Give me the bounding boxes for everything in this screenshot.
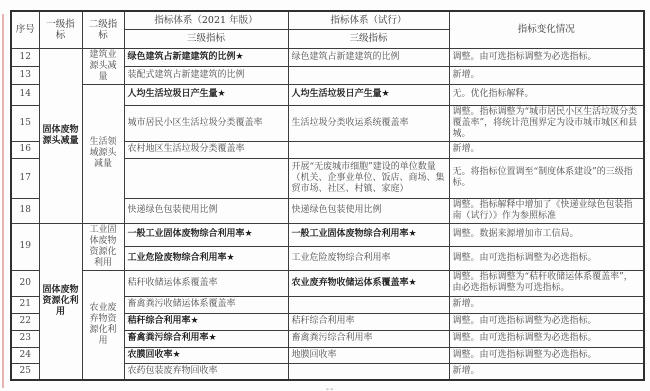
cell-indicator-2021: 装配式建筑占新建建筑的比例 <box>124 66 288 84</box>
cell-indicator-trial: 工业危险废物综合利用率 <box>288 247 449 271</box>
cell-row-number: 21 <box>11 296 39 313</box>
table-row: 14 生活领域源头减量 人均生活垃圾日产生量★ 人均生活垃圾日产生量★ 无。优化… <box>11 84 644 105</box>
cell-change: 无。优化指标解释。 <box>449 84 644 105</box>
cell-change: 调整。由可选指标调整为必选指标。 <box>449 313 644 330</box>
cell-row-number: 12 <box>11 48 39 66</box>
cell-indicator-trial <box>288 66 449 84</box>
cell-row-number: 14 <box>11 84 39 105</box>
cell-indicator-trial <box>288 296 449 313</box>
cell-change: 调整。指标调整为“秸秆收储运体系覆盖率”，由必选指标调整为可选指标。 <box>449 270 644 296</box>
cell-change: 新增。 <box>449 296 644 313</box>
red-margin-line <box>2 14 4 388</box>
cell-row-number: 19 <box>11 223 39 270</box>
cell-level2-group: 农业废弃物资源化利用 <box>82 270 124 380</box>
cell-indicator-2021: 畜禽粪污收储运体系覆盖率 <box>124 296 288 313</box>
cell-indicator-trial: 秸秆综合利用率 <box>288 313 449 330</box>
header-no: 序号 <box>11 11 39 48</box>
cell-indicator-trial <box>288 363 449 380</box>
cell-indicator-trial: 人均生活垃圾日产生量★ <box>288 84 449 105</box>
cell-indicator-2021: 一般工业固体废物综合利用率★ <box>124 223 288 247</box>
cell-indicator-trial: 绿色建筑占新建建筑的比例 <box>288 48 449 66</box>
cell-change: 调整。指标调整为“城市居民小区生活垃圾分类覆盖率”，将统计范围界定为设市城市城区… <box>449 105 644 141</box>
header-level3-trial: 三级指标 <box>288 29 449 48</box>
cell-row-number: 25 <box>11 363 39 380</box>
cell-level2-group: 建筑业源头减量 <box>82 48 124 84</box>
cell-indicator-trial: 快递绿色包装使用比例 <box>288 198 449 223</box>
cell-change: 无。将指标位置调至“制度体系建设”的三级指标。 <box>449 158 644 198</box>
page-number-artifact: -- <box>315 385 345 391</box>
cell-change: 调整。由可选指标调整为必选指标。 <box>449 247 644 271</box>
cell-row-number: 18 <box>11 198 39 223</box>
cell-indicator-2021: 绿色建筑占新建建筑的比例★ <box>124 48 288 66</box>
indicator-comparison-table: 序号 一级指标 二级指标 指标体系（2021 年版） 指标体系（试行） 指标变化… <box>10 10 645 381</box>
cell-indicator-2021: 秸秆综合利用率★ <box>124 313 288 330</box>
cell-indicator-2021: 人均生活垃圾日产生量★ <box>124 84 288 105</box>
cell-row-number: 15 <box>11 105 39 141</box>
cell-indicator-trial: 开展“无废城市细胞”建设的单位数量（机关、企事业单位、饭店、商场、集贸市场、社区… <box>288 158 449 198</box>
cell-indicator-2021: 农药包装废弃物回收率 <box>124 363 288 380</box>
header-row-1: 序号 一级指标 二级指标 指标体系（2021 年版） 指标体系（试行） 指标变化… <box>11 11 644 29</box>
cell-indicator-2021: 秸秆收储运体系覆盖率 <box>124 270 288 296</box>
cell-indicator-trial: 地膜回收率 <box>288 347 449 363</box>
cell-indicator-trial <box>288 141 449 158</box>
cell-row-number: 16 <box>11 141 39 158</box>
cell-row-number: 17 <box>11 158 39 198</box>
cell-level1-group: 固体废物资源化利用 <box>39 223 82 380</box>
cell-change: 新增。 <box>449 66 644 84</box>
cell-indicator-trial: 农业废弃物收储运体系覆盖率★ <box>288 270 449 296</box>
cell-row-number: 13 <box>11 66 39 84</box>
cell-change: 调整。由可选指标调整为必选指标。 <box>449 330 644 347</box>
cell-level1-group: 固体废物源头减量 <box>39 48 82 223</box>
cell-change: 调整。指标解释中增加了《快递业绿色包装指南（试行）》作为参照标准 <box>449 198 644 223</box>
header-level1: 一级指标 <box>39 11 82 48</box>
table-row: 20 农业废弃物资源化利用 秸秆收储运体系覆盖率 农业废弃物收储运体系覆盖率★ … <box>11 270 644 296</box>
header-level3-2021: 三级指标 <box>124 29 288 48</box>
header-system-2021: 指标体系（2021 年版） <box>124 11 288 29</box>
header-level2: 二级指标 <box>82 11 124 48</box>
cell-indicator-trial: 一般工业固体废物综合利用率★ <box>288 223 449 247</box>
cell-indicator-2021: 城市居民小区生活垃圾分类覆盖率 <box>124 105 288 141</box>
cell-indicator-trial: 生活垃圾分类收运系统覆盖率 <box>288 105 449 141</box>
cell-change: 调整。由可选指标调整为必选指标。 <box>449 347 644 363</box>
cell-level2-group: 生活领域源头减量 <box>82 84 124 223</box>
cell-change: 新增。 <box>449 141 644 158</box>
table-row: 12 固体废物源头减量 建筑业源头减量 绿色建筑占新建建筑的比例★ 绿色建筑占新… <box>11 48 644 66</box>
header-system-trial: 指标体系（试行） <box>288 11 449 29</box>
cell-change: 新增。 <box>449 363 644 380</box>
cell-row-number: 22 <box>11 313 39 330</box>
cell-indicator-2021: 畜禽粪污综合利用率★ <box>124 330 288 347</box>
cell-row-number: 20 <box>11 270 39 296</box>
cell-indicator-2021: 农村地区生活垃圾分类覆盖率 <box>124 141 288 158</box>
cell-indicator-2021: 农膜回收率★ <box>124 347 288 363</box>
cell-change: 调整。数据来源增加市工信局。 <box>449 223 644 247</box>
cell-row-number: 23 <box>11 330 39 347</box>
table-row: 19 固体废物资源化利用 工业固体废物资源化利用 一般工业固体废物综合利用率★ … <box>11 223 644 247</box>
cell-indicator-trial: 畜禽粪污综合利用率 <box>288 330 449 347</box>
cell-indicator-2021 <box>124 158 288 198</box>
cell-level2-group: 工业固体废物资源化利用 <box>82 223 124 270</box>
cell-row-number: 24 <box>11 347 39 363</box>
cell-indicator-2021: 工业危险废物综合利用率★ <box>124 247 288 271</box>
cell-change: 调整。由可选指标调整为必选指标。 <box>449 48 644 66</box>
header-change: 指标变化情况 <box>449 11 644 48</box>
cell-indicator-2021: 快递绿色包装使用比例 <box>124 198 288 223</box>
